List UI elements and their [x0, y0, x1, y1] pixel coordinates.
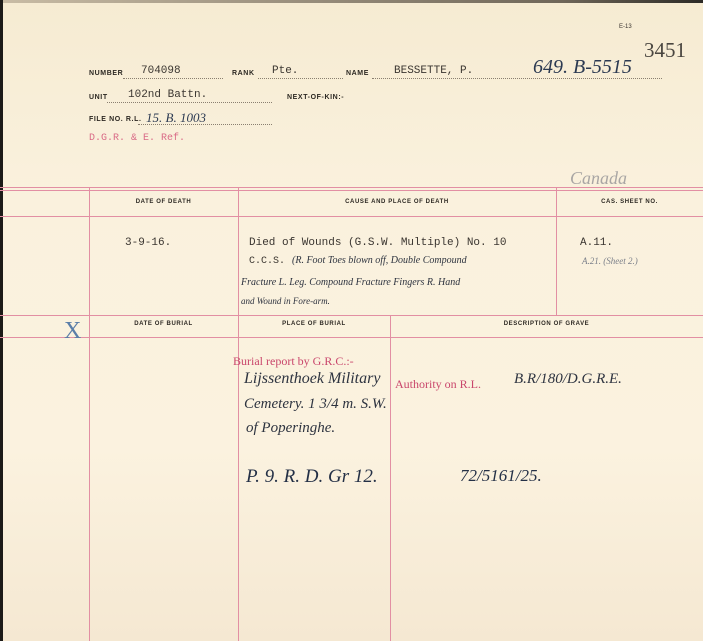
rank-label: Rank [232, 70, 255, 77]
column-rule-1 [89, 187, 90, 641]
place-of-burial-header: Place of Burial [238, 321, 390, 327]
form-code: E-13 [619, 24, 632, 30]
date-of-death-header: Date of Death [89, 199, 238, 205]
unit-value: 102nd Battn. [128, 89, 207, 101]
cas-sheet-handwritten: A.21. (Sheet 2.) [582, 256, 638, 266]
burial-place-line-3: of Poperinghe. [246, 420, 335, 437]
scan-edge-top [0, 0, 703, 3]
top-double-rule-1 [0, 187, 703, 188]
description-of-grave-header: Description of Grave [390, 321, 703, 327]
cas-sheet-header: Cas. Sheet No. [556, 199, 703, 205]
burial-place-line-1: Lijssenthoek Military [244, 370, 380, 388]
file-no-label: File No. R.L. [89, 116, 142, 123]
grave-reference-date: 72/5161/25. [460, 466, 542, 486]
cause-handwritten-line-2: (R. Foot Toes blown off, Double Compound [292, 255, 467, 266]
authority-value: B.R/180/D.G.R.E. [514, 371, 622, 388]
burial-report-label: Burial report by G.R.C.:- [233, 354, 354, 369]
name-label: Name [346, 70, 369, 77]
card-number: 3451 [644, 38, 686, 63]
name-value: BESSETTE, P. [394, 65, 473, 77]
rank-value: Pte. [272, 65, 298, 77]
cause-handwritten-line-4: and Wound in Fore-arm. [241, 296, 330, 306]
next-of-kin-label: Next-of-Kin:- [287, 94, 344, 101]
unit-label: Unit [89, 94, 108, 101]
column-rule-2 [238, 187, 239, 641]
cause-typed-line-2: C.C.S. [249, 256, 285, 267]
dgre-ref-label: D.G.R. & E. Ref. [89, 133, 185, 144]
burial-place-line-2: Cemetery. 1 3/4 m. S.W. [244, 396, 387, 413]
burial-header-bottom-rule [0, 337, 703, 338]
death-row-bottom-rule [0, 315, 703, 316]
death-header-bottom-rule [0, 216, 703, 217]
margin-x-mark: X [64, 318, 81, 345]
date-of-burial-header: Date of Burial [89, 321, 238, 327]
number-label: Number [89, 70, 123, 77]
authority-label: Authority on R.L. [395, 377, 481, 392]
top-double-rule-2 [0, 190, 703, 191]
scan-edge-left [0, 0, 3, 641]
cause-place-death-header: Cause and Place of Death [238, 199, 556, 205]
number-dotted-line [123, 78, 223, 79]
cause-typed-line-1: Died of Wounds (G.S.W. Multiple) No. 10 [249, 237, 506, 249]
cas-sheet-typed: A.11. [580, 237, 613, 249]
column-rule-cas-sheet [556, 187, 557, 315]
casualty-card: E-13 3451 Number 704098 Rank Pte. Name B… [0, 0, 703, 641]
name-handwritten-ref: 649. B-5515 [533, 56, 632, 79]
unit-dotted-line [107, 102, 272, 103]
rank-dotted-line [258, 78, 343, 79]
number-value: 704098 [141, 65, 181, 77]
grave-reference: P. 9. R. D. Gr 12. [246, 466, 378, 488]
file-no-value: 15. B. 1003 [146, 110, 206, 126]
canada-note: Canada [570, 168, 627, 189]
cause-handwritten-line-3: Fracture L. Leg. Compound Fracture Finge… [241, 277, 460, 288]
column-rule-grave [390, 315, 391, 641]
date-of-death-value: 3-9-16. [125, 237, 171, 249]
